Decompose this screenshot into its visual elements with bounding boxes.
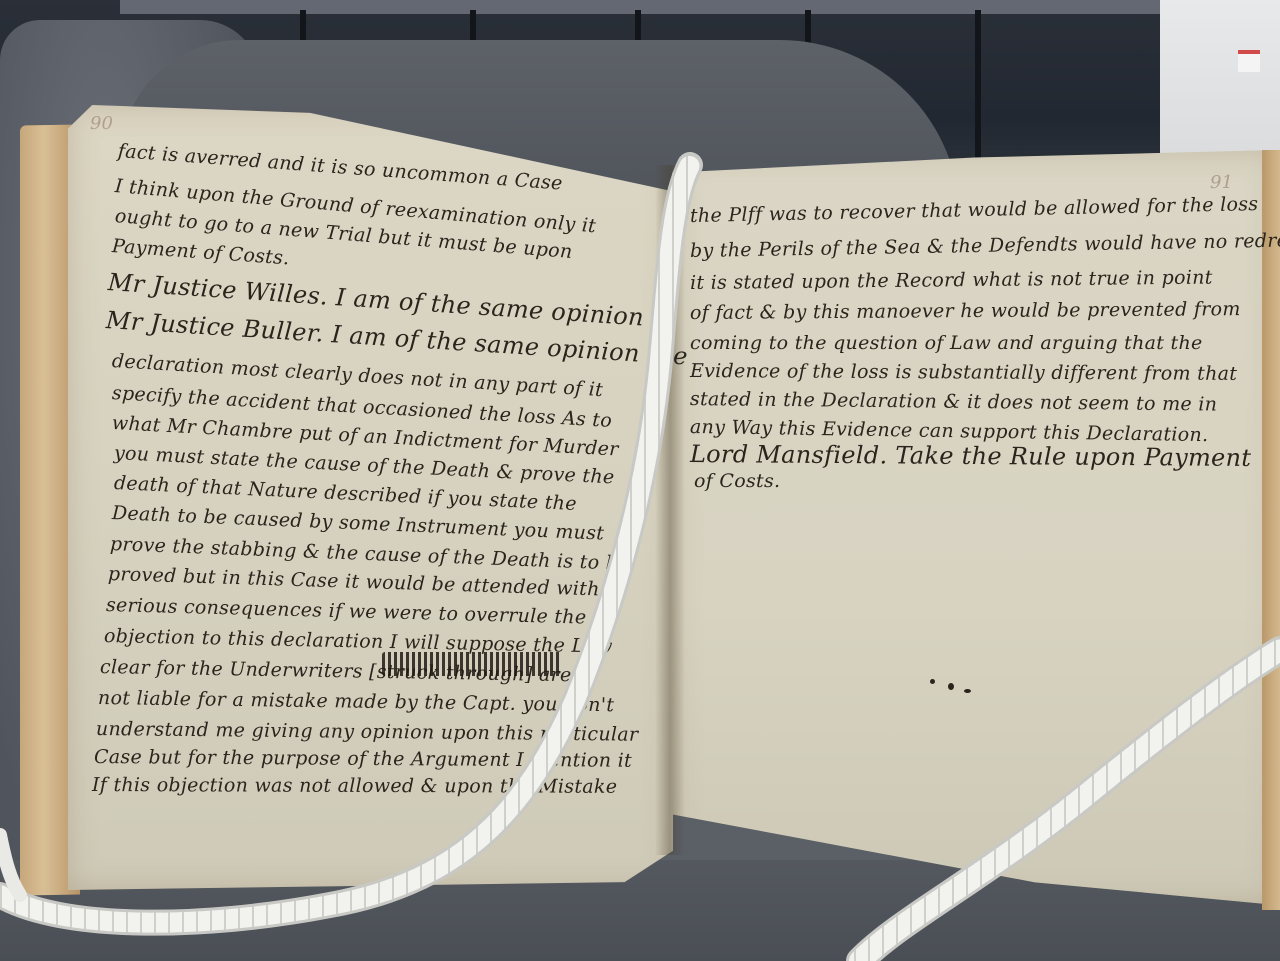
ink-spots [930, 675, 980, 695]
manuscript-line: Evidence of the loss is substantially di… [690, 360, 1237, 385]
shelf-post [975, 10, 981, 160]
shelf-edge [120, 0, 1170, 14]
book-gutter [655, 165, 685, 855]
manuscript-line: If this objection was not allowed & upon… [92, 774, 617, 798]
manuscript-line: Case but for the purpose of the Argument… [94, 746, 632, 772]
manuscript-line: of Costs. [694, 470, 780, 492]
crossed-out-text [382, 652, 562, 676]
page-block-edge-right [1262, 150, 1280, 910]
manuscript-line: coming to the question of Law and arguin… [690, 332, 1203, 354]
manuscript-line: of fact & by this manoever he would be p… [690, 298, 1241, 324]
page-number-left: 90 [90, 113, 113, 134]
manuscript-line-speaker: Lord Mansfield. Take the Rule upon Payme… [690, 440, 1252, 472]
right-page [672, 150, 1277, 905]
wall-sign [1238, 50, 1260, 72]
page-number-right: 91 [1210, 172, 1233, 193]
